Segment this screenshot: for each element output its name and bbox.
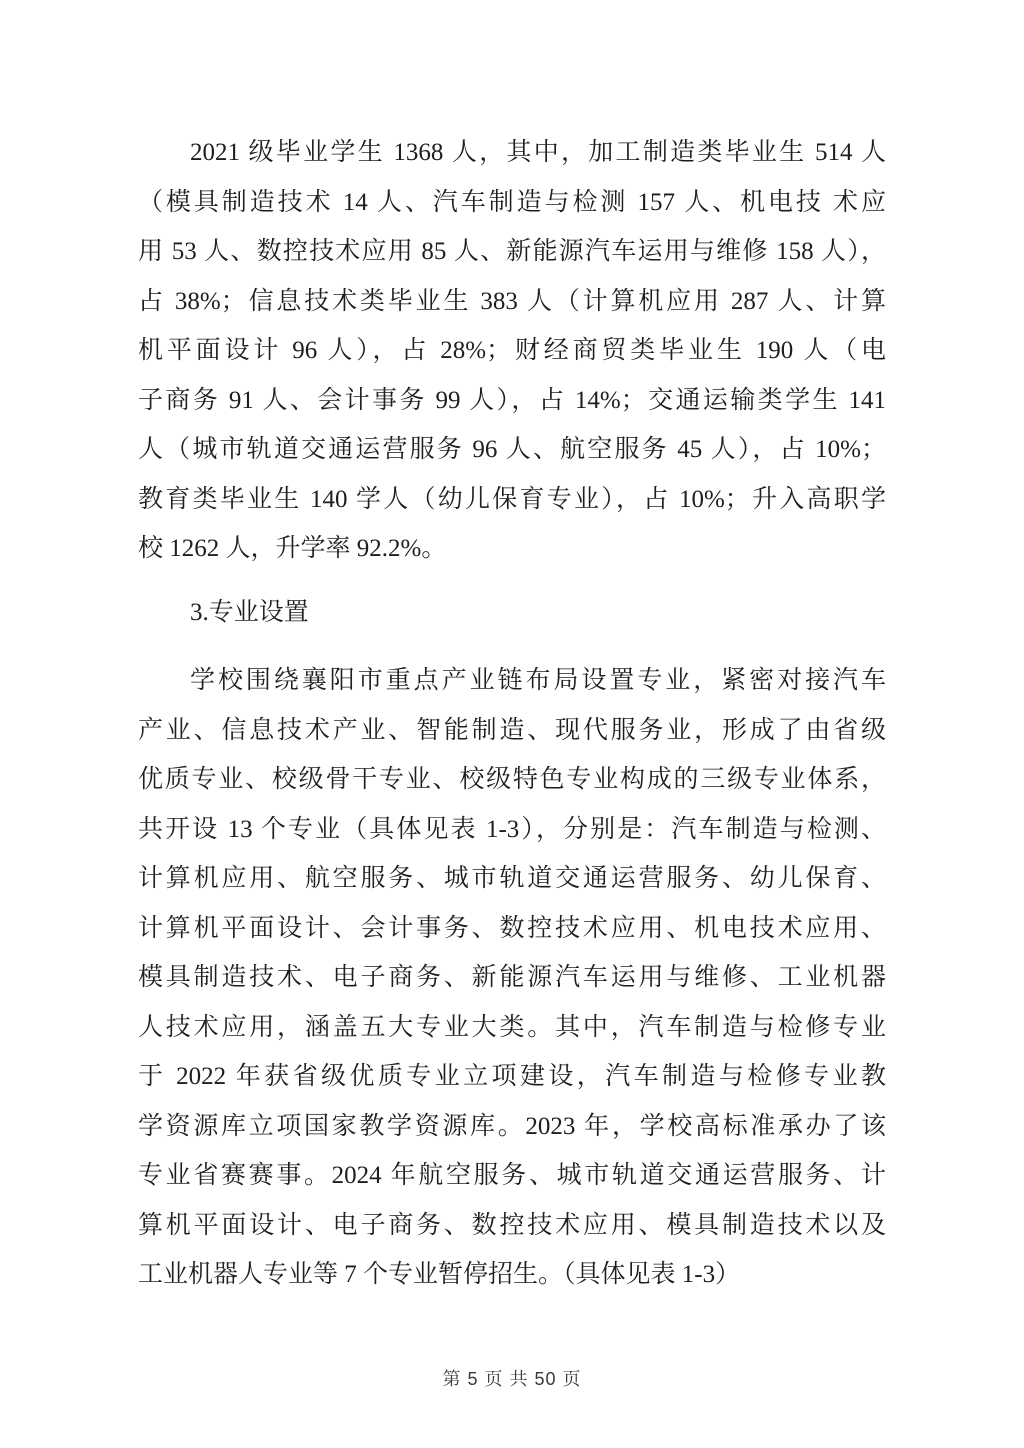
paragraph-graduates-stats: 2021 级毕业学生 1368 人，其中，加工制造类毕业生 514 人 （模具制…: [138, 128, 886, 574]
text-line: 人（城市轨道交通运营服务 96 人、航空服务 45 人），占 10%；: [138, 425, 886, 475]
text-line: 占 38%；信息技术类毕业生 383 人（计算机应用 287 人、计算: [138, 277, 886, 327]
text-line: 计算机应用、航空服务、城市轨道交通运营服务、幼儿保育、: [138, 854, 886, 904]
text-line: 共开设 13 个专业（具体见表 1-3），分别是：汽车制造与检测、: [138, 805, 886, 855]
text-line: 学资源库立项国家教学资源库。2023 年，学校高标准承办了该: [138, 1102, 886, 1152]
text-line: 工业机器人专业等 7 个专业暂停招生。（具体见表 1-3）: [138, 1250, 886, 1300]
text-line: 用 53 人、数控技术应用 85 人、新能源汽车运用与维修 158 人），: [138, 227, 886, 277]
text-line: 校 1262 人，升学率 92.2%。: [138, 524, 886, 574]
text-line: 教育类毕业生 140 学人（幼儿保育专业），占 10%；升入高职学: [138, 475, 886, 525]
text-line: 模具制造技术、电子商务、新能源汽车运用与维修、工业机器: [138, 953, 886, 1003]
page-number-text: 第 5 页 共 50 页: [442, 1369, 581, 1389]
text-line: 于 2022 年获省级优质专业立项建设，汽车制造与检修专业教: [138, 1052, 886, 1102]
section-heading-major-setup: 3.专业设置: [138, 588, 886, 638]
text-line: 学校围绕襄阳市重点产业链布局设置专业，紧密对接汽车: [138, 656, 886, 706]
paragraph-major-description: 学校围绕襄阳市重点产业链布局设置专业，紧密对接汽车 产业、信息技术产业、智能制造…: [138, 656, 886, 1300]
text-line: 产业、信息技术产业、智能制造、现代服务业，形成了由省级: [138, 706, 886, 756]
page-footer: 第 5 页 共 50 页: [0, 1368, 1024, 1390]
text-line: 子商务 91 人、会计事务 99 人），占 14%；交通运输类学生 141: [138, 376, 886, 426]
text-line: 机平面设计 96 人），占 28%；财经商贸类毕业生 190 人（电: [138, 326, 886, 376]
text-line: 算机平面设计、电子商务、数控技术应用、模具制造技术以及: [138, 1201, 886, 1251]
text-line: 2021 级毕业学生 1368 人，其中，加工制造类毕业生 514 人: [138, 128, 886, 178]
text-line: 专业省赛赛事。2024 年航空服务、城市轨道交通运营服务、计: [138, 1151, 886, 1201]
text-line: 人技术应用，涵盖五大专业大类。其中，汽车制造与检修专业: [138, 1003, 886, 1053]
text-line: （模具制造技术 14 人、汽车制造与检测 157 人、机电技 术应: [138, 178, 886, 228]
document-page: 2021 级毕业学生 1368 人，其中，加工制造类毕业生 514 人 （模具制…: [0, 0, 1024, 1448]
text-line: 优质专业、校级骨干专业、校级特色专业构成的三级专业体系，: [138, 755, 886, 805]
text-line: 计算机平面设计、会计事务、数控技术应用、机电技术应用、: [138, 904, 886, 954]
